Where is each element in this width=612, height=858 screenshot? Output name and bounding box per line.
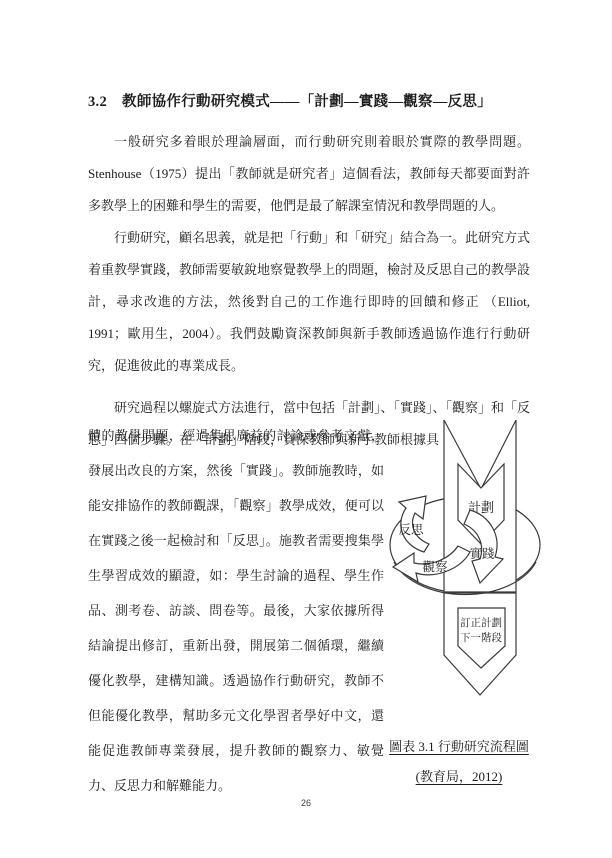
reflect-label: 反思 [398, 523, 424, 537]
figure-caption: 圖表 3.1 行動研究流程圖 (教育局，2012) [374, 732, 544, 792]
section-number: 3.2 [88, 94, 107, 111]
action-research-flow-diagram: 計劃 訂正計劃 下一階段 反思 觀察 實踐 [376, 406, 561, 706]
page-number: 26 [0, 798, 612, 808]
section-heading: 3.2教師協作行動研究模式——「計劃—實踐—觀察—反思」 [88, 90, 548, 111]
paragraph: 行動研究，顧名思義，就是把「行動」和「研究」結合為一。此研究方式着重教學實踐，教… [88, 222, 530, 382]
figure-caption-title: 圖表 3.1 行動研究流程圖 [374, 732, 544, 762]
revise-plan-label-line1: 訂正計劃 [460, 616, 502, 629]
figure-caption-source: (教育局，2012) [374, 762, 544, 792]
practice-label: 實踐 [469, 546, 494, 561]
document-page: 3.2教師協作行動研究模式——「計劃—實踐—觀察—反思」 一般研究多着眼於理論層… [0, 0, 612, 858]
revise-plan-label-line2: 下一階段 [460, 631, 502, 644]
observe-label: 觀察 [422, 559, 448, 574]
paragraph: 一般研究多着眼於理論層面，而行動研究則着眼於實際的教學問題。Stenhouse（… [88, 126, 530, 222]
paragraph: 體的教學問題，經過集思廣益的討論或參考文獻，發展出改良的方案，然後「實踐」。教師… [88, 418, 384, 803]
wrapped-text-column: 體的教學問題，經過集思廣益的討論或參考文獻，發展出改良的方案，然後「實踐」。教師… [88, 418, 384, 803]
section-title: 教師協作行動研究模式——「計劃—實踐—觀察—反思」 [122, 94, 492, 110]
